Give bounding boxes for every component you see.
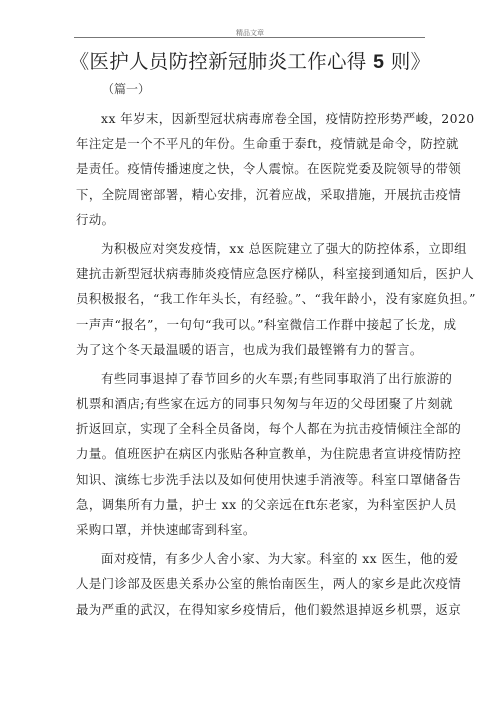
title-number: 5	[373, 51, 384, 73]
paragraph: 有些同事退掉了春节回乡的火车票;有些同事取消了出行旅游的 机票和酒店;有些家在远…	[76, 366, 426, 542]
text-line: 知识、演练七步洗手法以及如何使用快速手消液等。科室口罩储备告	[76, 467, 426, 492]
text-line: 一声声“报名”，一句句“我可以。”科室微信工作群中接起了长龙，成	[76, 312, 426, 337]
text-line: 建抗击新型冠状病毒肺炎疫情应急医疗梯队，科室接到通知后，医护人	[76, 261, 426, 286]
text-line: xx 年岁末，因新型冠状病毒席卷全国，疫情防控形势严峻，2020	[76, 106, 426, 131]
text-line: 为积极应对突发疫情，xx 总医院建立了强大的防控体系，立即组	[76, 236, 426, 261]
title-suffix: 则》	[384, 50, 430, 73]
text-line: 员积极报名，“我工作年头长，有经验。”、“我年龄小，没有家庭负担。”	[76, 286, 426, 311]
text-line: 机票和酒店;有些家在远方的同事只匆匆与年迈的父母团聚了片刻就	[76, 391, 426, 416]
text-line: 是责任。疫情传播速度之快，令人震惊。在医院党委及院领导的带领	[76, 156, 426, 181]
text-line: 采购口罩，并快速邮寄到科室。	[76, 517, 426, 542]
text-line: 面对疫情，有多少人舍小家、为大家。科室的 xx 医生，他的爱	[76, 546, 426, 571]
header-divider	[74, 37, 425, 38]
title-prefix: 《医护人员防控新冠肺炎工作心得	[70, 50, 374, 73]
text-line: 最为严重的武汉，在得知家乡疫情后，他们毅然退掉返乡机票，返京	[76, 597, 426, 622]
text-line: 行动。	[76, 207, 426, 232]
paragraph: xx 年岁末，因新型冠状病毒席卷全国，疫情防控形势严峻，2020 年注定是一个不…	[76, 106, 426, 232]
text-line: 人是门诊部及医患关系办公室的熊怡南医生，两人的家乡是此次疫情	[76, 571, 426, 596]
document-body: xx 年岁末，因新型冠状病毒席卷全国，疫情防控形势严峻，2020 年注定是一个不…	[76, 106, 426, 622]
paragraph: 为积极应对突发疫情，xx 总医院建立了强大的防控体系，立即组 建抗击新型冠状病毒…	[76, 236, 426, 362]
text-line: 折返回京，实现了全科全员备岗，每个人都在为抗击疫情倾注全部的	[76, 416, 426, 441]
text-line: 急，调集所有力量，护士 xx 的父亲远在ft东老家，为科室医护人员	[76, 492, 426, 517]
text-line: 为了这个冬天最温暖的语言，也成为我们最铿锵有力的誓言。	[76, 337, 426, 362]
paragraph: 面对疫情，有多少人舍小家、为大家。科室的 xx 医生，他的爱 人是门诊部及医患关…	[76, 546, 426, 622]
section-heading: （篇一）	[102, 80, 150, 97]
document-title: 《医护人员防控新冠肺炎工作心得 5 则》	[0, 46, 500, 74]
text-line: 年注定是一个不平凡的年份。生命重于泰ft，疫情就是命令，防控就	[76, 131, 426, 156]
text-line: 有些同事退掉了春节回乡的火车票;有些同事取消了出行旅游的	[76, 366, 426, 391]
text-line: 力量。值班医护在病区内张贴各种宣教单，为住院患者宣讲疫情防控	[76, 441, 426, 466]
text-line: 下，全院周密部署，精心安排，沉着应战，采取措施，开展抗击疫情	[76, 182, 426, 207]
